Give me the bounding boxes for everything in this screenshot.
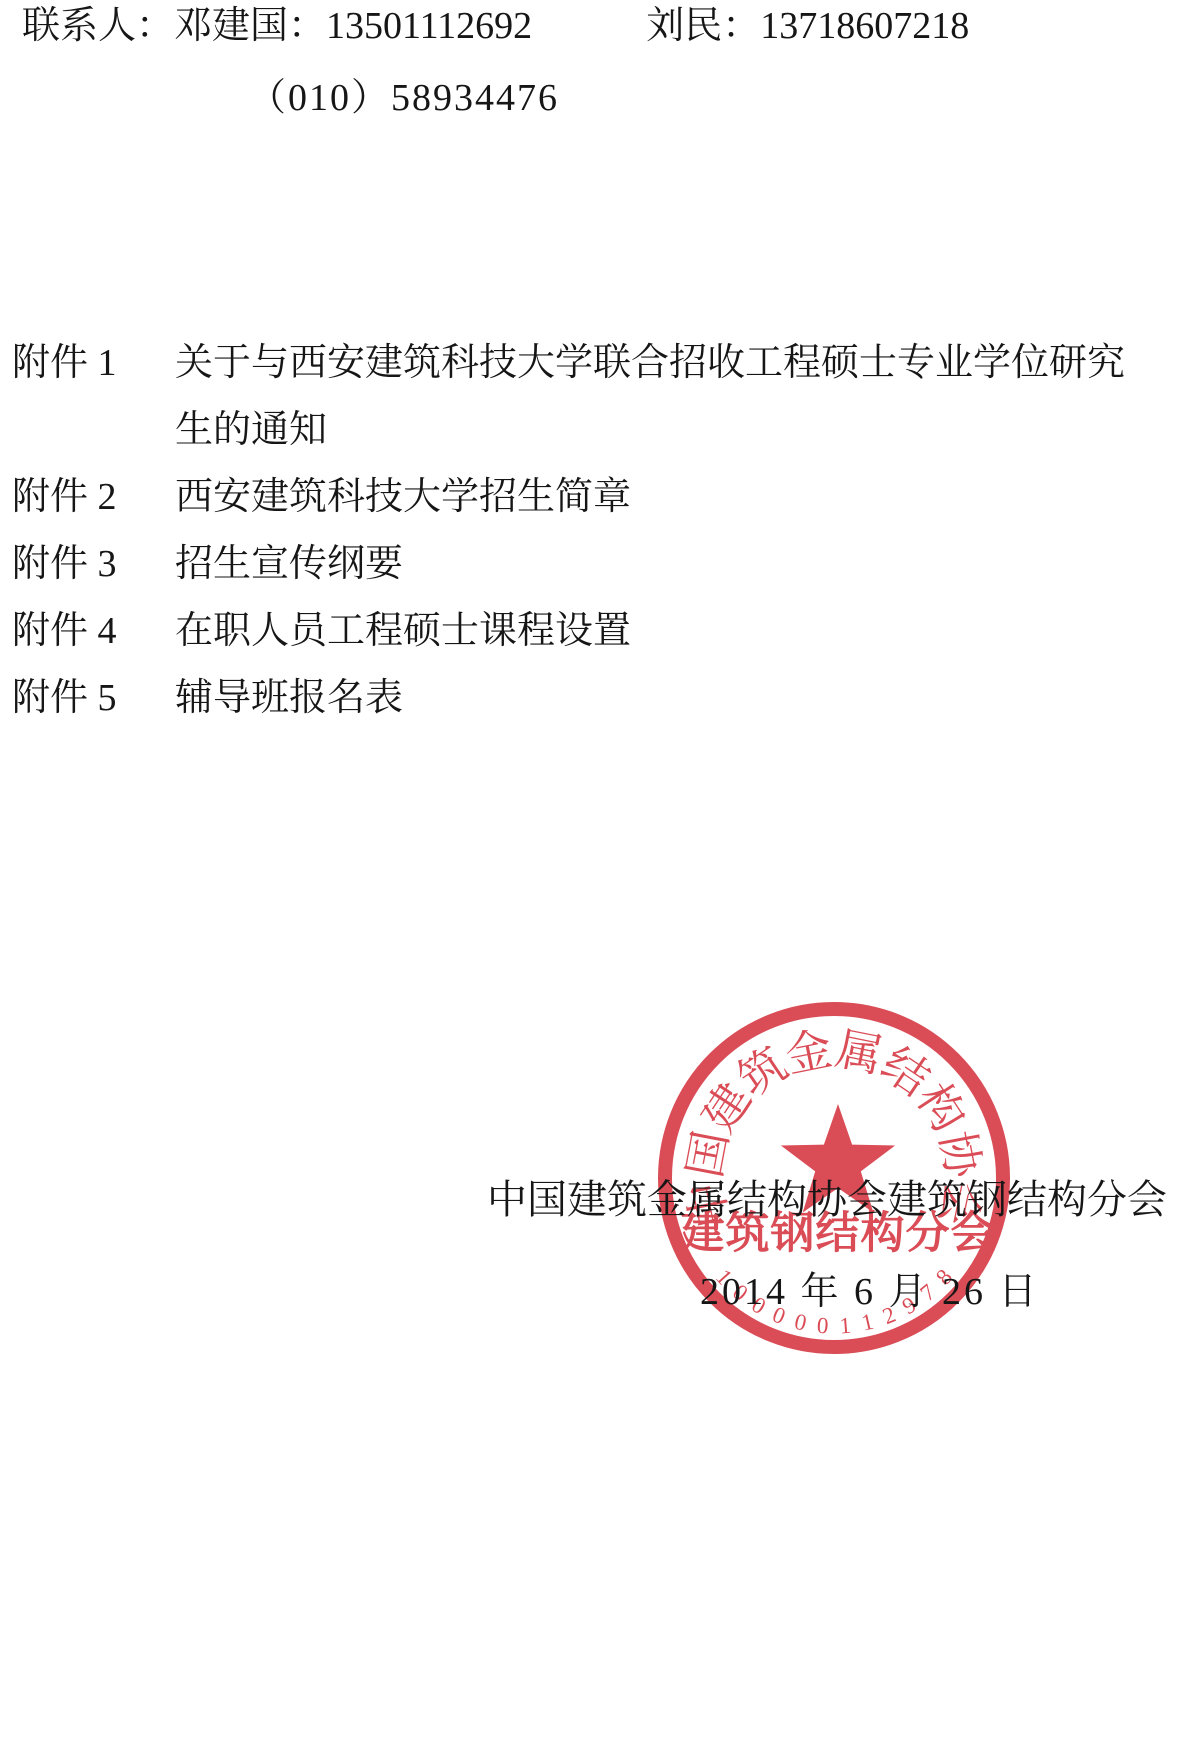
- stamp-arc-char: 金: [781, 1023, 836, 1082]
- attachment-title: 辅导班报名表: [175, 665, 1133, 732]
- office-phone: （010）58934476: [248, 74, 559, 122]
- attachment-label: 附件 2: [12, 464, 175, 531]
- attachment-title: 关于与西安建筑科技大学联合招收工程硕士专业学位研究生的通知: [175, 330, 1133, 464]
- contact-person-1: 联系人：邓建国：13501112692: [22, 5, 532, 47]
- attachment-label: 附件 3: [12, 531, 175, 598]
- attachment-row: 附件 2 西安建筑科技大学招生简章: [12, 464, 1137, 531]
- attachment-row: 附件 4 在职人员工程硕士课程设置: [12, 598, 1137, 665]
- stamp-serial-char: 0: [816, 1313, 829, 1339]
- attachment-title: 招生宣传纲要: [175, 531, 1133, 598]
- contact-person-2: 刘民：13718607218: [646, 5, 969, 47]
- attachment-row: 附件 3 招生宣传纲要: [12, 531, 1137, 598]
- signing-organization: 中国建筑金属结构协会建筑钢结构分会: [487, 1176, 1167, 1224]
- document-page: 联系人：邓建国：13501112692刘民：13718607218 （010）5…: [0, 0, 1192, 1743]
- stamp-serial-char: 1: [839, 1313, 852, 1339]
- attachment-label: 附件 4: [12, 598, 175, 665]
- attachment-label: 附件 5: [12, 665, 175, 732]
- contact-line: 联系人：邓建国：13501112692刘民：13718607218: [22, 2, 969, 50]
- attachment-title: 西安建筑科技大学招生简章: [175, 464, 1133, 531]
- signing-date: 2014 年 6 月 26 日: [700, 1268, 1040, 1316]
- attachment-list: 附件 1 关于与西安建筑科技大学联合招收工程硕士专业学位研究生的通知 附件 2 …: [12, 330, 1137, 732]
- attachment-row: 附件 1 关于与西安建筑科技大学联合招收工程硕士专业学位研究生的通知: [12, 330, 1137, 464]
- attachment-label: 附件 1: [12, 330, 175, 397]
- attachment-title: 在职人员工程硕士课程设置: [175, 598, 1133, 665]
- attachment-row: 附件 5 辅导班报名表: [12, 665, 1137, 732]
